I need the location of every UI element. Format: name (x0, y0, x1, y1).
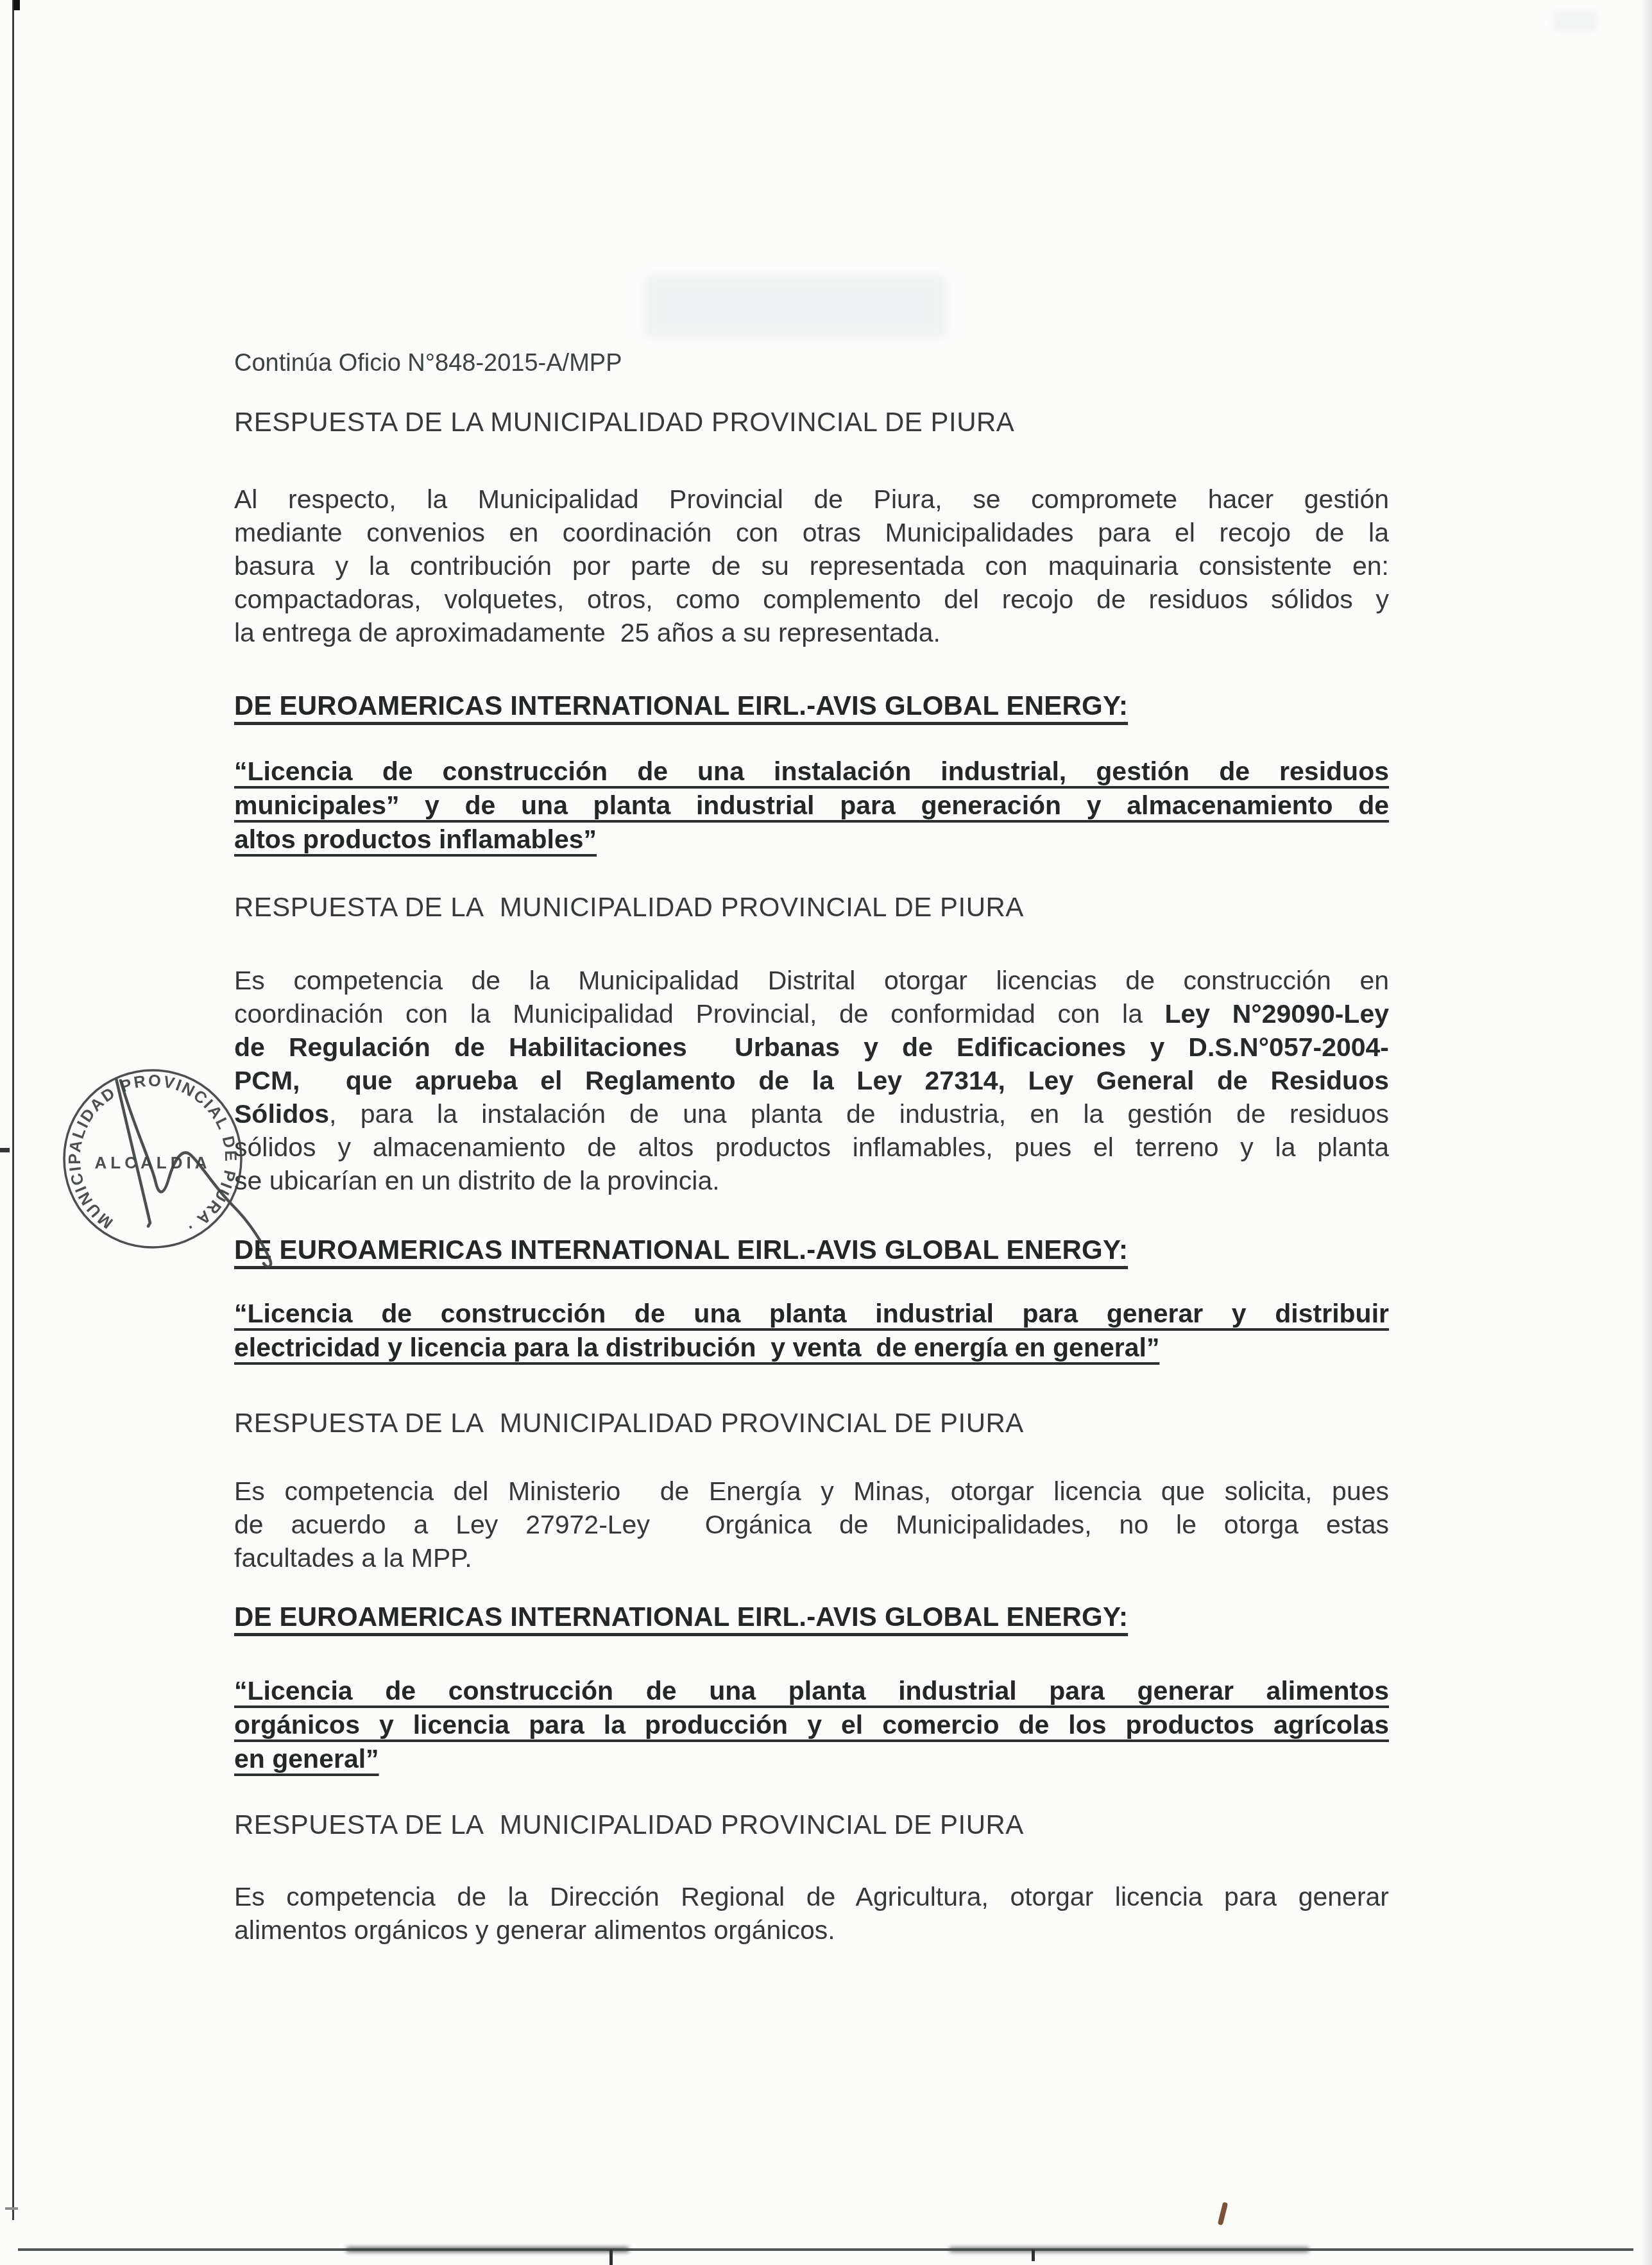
paragraph-line: PCM, que aprueba el Reglamento de la Ley… (234, 1064, 1389, 1097)
bottom-line-tick (1032, 2250, 1035, 2261)
quoted-subject-1: “Licencia de construcción de una instala… (234, 755, 1389, 857)
paragraph-line: coordinación con la Municipalidad Provin… (234, 997, 1389, 1030)
paragraph-line: de Regulación de Habilitaciones Urbanas … (234, 1030, 1389, 1064)
bottom-line-smear (346, 2247, 629, 2252)
continuation-note: Continúa Oficio N°848-2015-A/MPP (234, 350, 1389, 377)
paragraph-line: sólidos y almacenamiento de altos produc… (234, 1131, 1389, 1164)
paragraph-3: Es competencia del Ministerio de Energía… (234, 1474, 1389, 1575)
paragraph-1: Al respecto, la Municipalidad Provincial… (234, 483, 1389, 649)
paragraph-line: basura y la contribución por parte de su… (234, 549, 1389, 583)
paragraph-line: mediante convenios en coordinación con o… (234, 516, 1389, 549)
scanned-document-page: Continúa Oficio N°848-2015-A/MPP RESPUES… (0, 0, 1652, 2265)
quote-line: altos productos inflamables” (234, 823, 1389, 857)
bottom-line-tick (609, 2250, 613, 2265)
paragraph-line: Es competencia de la Dirección Regional … (234, 1880, 1389, 1913)
paragraph-line: Es competencia de la Municipalidad Distr… (234, 964, 1389, 997)
bold-segment: Ley N°29090-Ley (1164, 999, 1389, 1029)
bottom-scan-line (18, 2248, 1633, 2251)
bold-segment: PCM, que aprueba el Reglamento de la Ley… (234, 1066, 1389, 1095)
left-scan-border-cap (13, 0, 20, 10)
bold-segment: de Regulación de Habilitaciones Urbanas … (234, 1032, 1389, 1062)
text-segment: , para la instalación de una planta de i… (329, 1099, 1389, 1129)
paragraph-line: compactadoras, volquetes, otros, como co… (234, 583, 1389, 616)
text-segment: Es competencia de la Municipalidad Distr… (234, 966, 1389, 995)
paragraph-4: Es competencia de la Dirección Regional … (234, 1880, 1389, 1947)
quote-line: en general” (234, 1742, 1389, 1776)
quote-line: “Licencia de construcción de una instala… (234, 755, 1389, 789)
paragraph-line: se ubicarían en un distrito de la provin… (234, 1164, 1389, 1197)
quote-line: orgánicos y licencia para la producción … (234, 1708, 1389, 1742)
paragraph-line: facultades a la MPP. (234, 1541, 1389, 1575)
paragraph-line: Sólidos, para la instalación de una plan… (234, 1097, 1389, 1131)
right-page-edge-shadow (1641, 0, 1652, 2265)
signature-stroke-2 (121, 1081, 271, 1267)
company-heading-3: DE EUROAMERICAS INTERNATIONAL EIRL.-AVIS… (234, 1602, 1389, 1632)
quoted-subject-3: “Licencia de construcción de una planta … (234, 1674, 1389, 1776)
response-title-3: RESPUESTA DE LA MUNICIPALIDAD PROVINCIAL… (234, 1408, 1389, 1439)
left-scan-border (12, 0, 14, 2220)
response-title-2: RESPUESTA DE LA MUNICIPALIDAD PROVINCIAL… (234, 892, 1389, 923)
left-edge-ink-dash (0, 1148, 10, 1152)
pen-ink-mark (1218, 2202, 1228, 2226)
text-segment: coordinación con la Municipalidad Provin… (234, 999, 1164, 1029)
paragraph-line: alimentos orgánicos y generar alimentos … (234, 1913, 1389, 1947)
response-title-4: RESPUESTA DE LA MUNICIPALIDAD PROVINCIAL… (234, 1809, 1389, 1840)
quote-line: “Licencia de construcción de una planta … (234, 1674, 1389, 1708)
municipal-seal: MUNICIPALIDAD PROVINCIAL DE PIURA · ALCA… (38, 1046, 314, 1290)
company-heading-1: DE EUROAMERICAS INTERNATIONAL EIRL.-AVIS… (234, 690, 1389, 721)
text-segment: sólidos y almacenamiento de altos produc… (234, 1132, 1389, 1162)
bottom-line-smear (949, 2247, 1309, 2252)
bleed-through-smudge (645, 275, 946, 338)
quote-line: municipales” y de una planta industrial … (234, 789, 1389, 823)
left-scan-border-foot (5, 2207, 18, 2210)
quote-line: “Licencia de construcción de una planta … (234, 1297, 1389, 1331)
paragraph-line: Es competencia del Ministerio de Energía… (234, 1474, 1389, 1508)
paragraph-line: de acuerdo a Ley 27972-Ley Orgánica de M… (234, 1508, 1389, 1541)
quoted-subject-2: “Licencia de construcción de una planta … (234, 1297, 1389, 1365)
paragraph-2: Es competencia de la Municipalidad Distr… (234, 964, 1389, 1197)
quote-line: electricidad y licencia para la distribu… (234, 1331, 1389, 1365)
corner-smudge (1553, 10, 1597, 32)
paragraph-line: la entrega de aproximadamente 25 años a … (234, 616, 1389, 649)
seal-center-text: ALCALDIA (95, 1153, 211, 1172)
response-title-1: RESPUESTA DE LA MUNICIPALIDAD PROVINCIAL… (234, 407, 1389, 438)
paragraph-line: Al respecto, la Municipalidad Provincial… (234, 483, 1389, 516)
company-heading-2: DE EUROAMERICAS INTERNATIONAL EIRL.-AVIS… (234, 1235, 1389, 1265)
